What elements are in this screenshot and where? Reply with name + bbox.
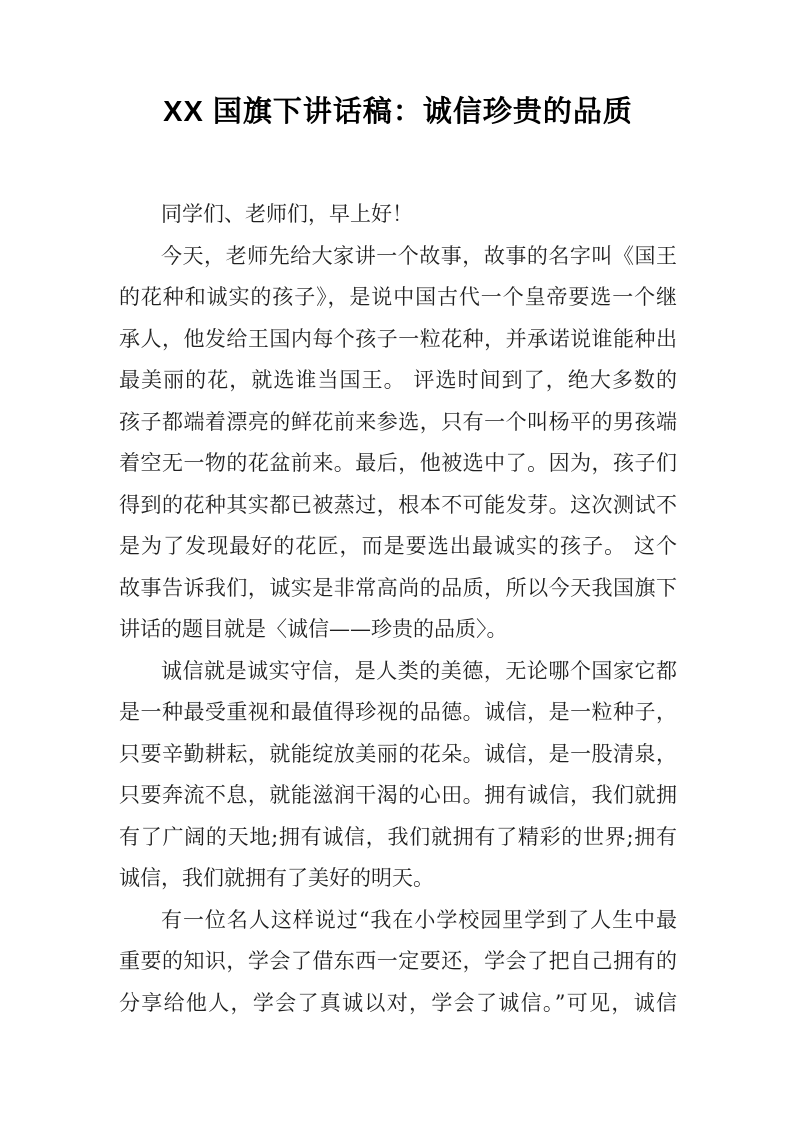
text-line: 同学们、老师们，早上好！ [119,194,677,236]
text-line: 故事告诉我们，诚实是非常高尚的品质，所以今天我国旗下 [119,568,677,610]
paragraph: 今天，老师先给大家讲一个故事，故事的名字叫《国王的花种和诚实的孩子》，是说中国古… [119,236,677,651]
text-line: 分享给他人，学会了真诚以对，学会了诚信。”可见，诚信 [119,983,677,1025]
text-line: 的花种和诚实的孩子》，是说中国古代一个皇帝要选一个继 [119,277,677,319]
paragraph: 诚信就是诚实守信，是人类的美德，无论哪个国家它都是一种最受重视和最值得珍视的品德… [119,651,677,900]
text-line: 讲话的题目就是〈诚信——珍贵的品质〉。 [119,609,677,651]
document-page: XX 国旗下讲话稿：诚信珍贵的品质 同学们、老师们，早上好！今天，老师先给大家讲… [0,0,793,1122]
document-title: XX 国旗下讲话稿：诚信珍贵的品质 [119,94,677,130]
text-line: 孩子都端着漂亮的鲜花前来参选，只有一个叫杨平的男孩端 [119,402,677,444]
text-line: 着空无一物的花盆前来。最后，他被选中了。因为，孩子们 [119,443,677,485]
text-line: 诚信就是诚实守信，是人类的美德，无论哪个国家它都 [119,651,677,693]
document-body: 同学们、老师们，早上好！今天，老师先给大家讲一个故事，故事的名字叫《国王的花种和… [119,194,677,1024]
text-line: 诚信，我们就拥有了美好的明天。 [119,858,677,900]
paragraph: 同学们、老师们，早上好！ [119,194,677,236]
text-line: 只要辛勤耕耘，就能绽放美丽的花朵。诚信，是一股清泉， [119,734,677,776]
text-line: 只要奔流不息，就能滋润干渴的心田。拥有诚信，我们就拥 [119,775,677,817]
text-line: 重要的知识，学会了借东西一定要还，学会了把自己拥有的 [119,941,677,983]
text-line: 今天，老师先给大家讲一个故事，故事的名字叫《国王 [119,236,677,278]
text-line: 有了广阔的天地;拥有诚信，我们就拥有了精彩的世界;拥有 [119,817,677,859]
text-line: 承人，他发给王国内每个孩子一粒花种，并承诺说谁能种出 [119,319,677,361]
text-line: 是一种最受重视和最值得珍视的品德。诚信，是一粒种子， [119,692,677,734]
text-line: 有一位名人这样说过“我在小学校园里学到了人生中最 [119,900,677,942]
paragraph: 有一位名人这样说过“我在小学校园里学到了人生中最重要的知识，学会了借东西一定要还… [119,900,677,1025]
text-line: 最美丽的花，就选谁当国王。 评选时间到了，绝大多数的 [119,360,677,402]
text-line: 是为了发现最好的花匠，而是要选出最诚实的孩子。 这个 [119,526,677,568]
text-line: 得到的花种其实都已被蒸过，根本不可能发芽。这次测试不 [119,485,677,527]
